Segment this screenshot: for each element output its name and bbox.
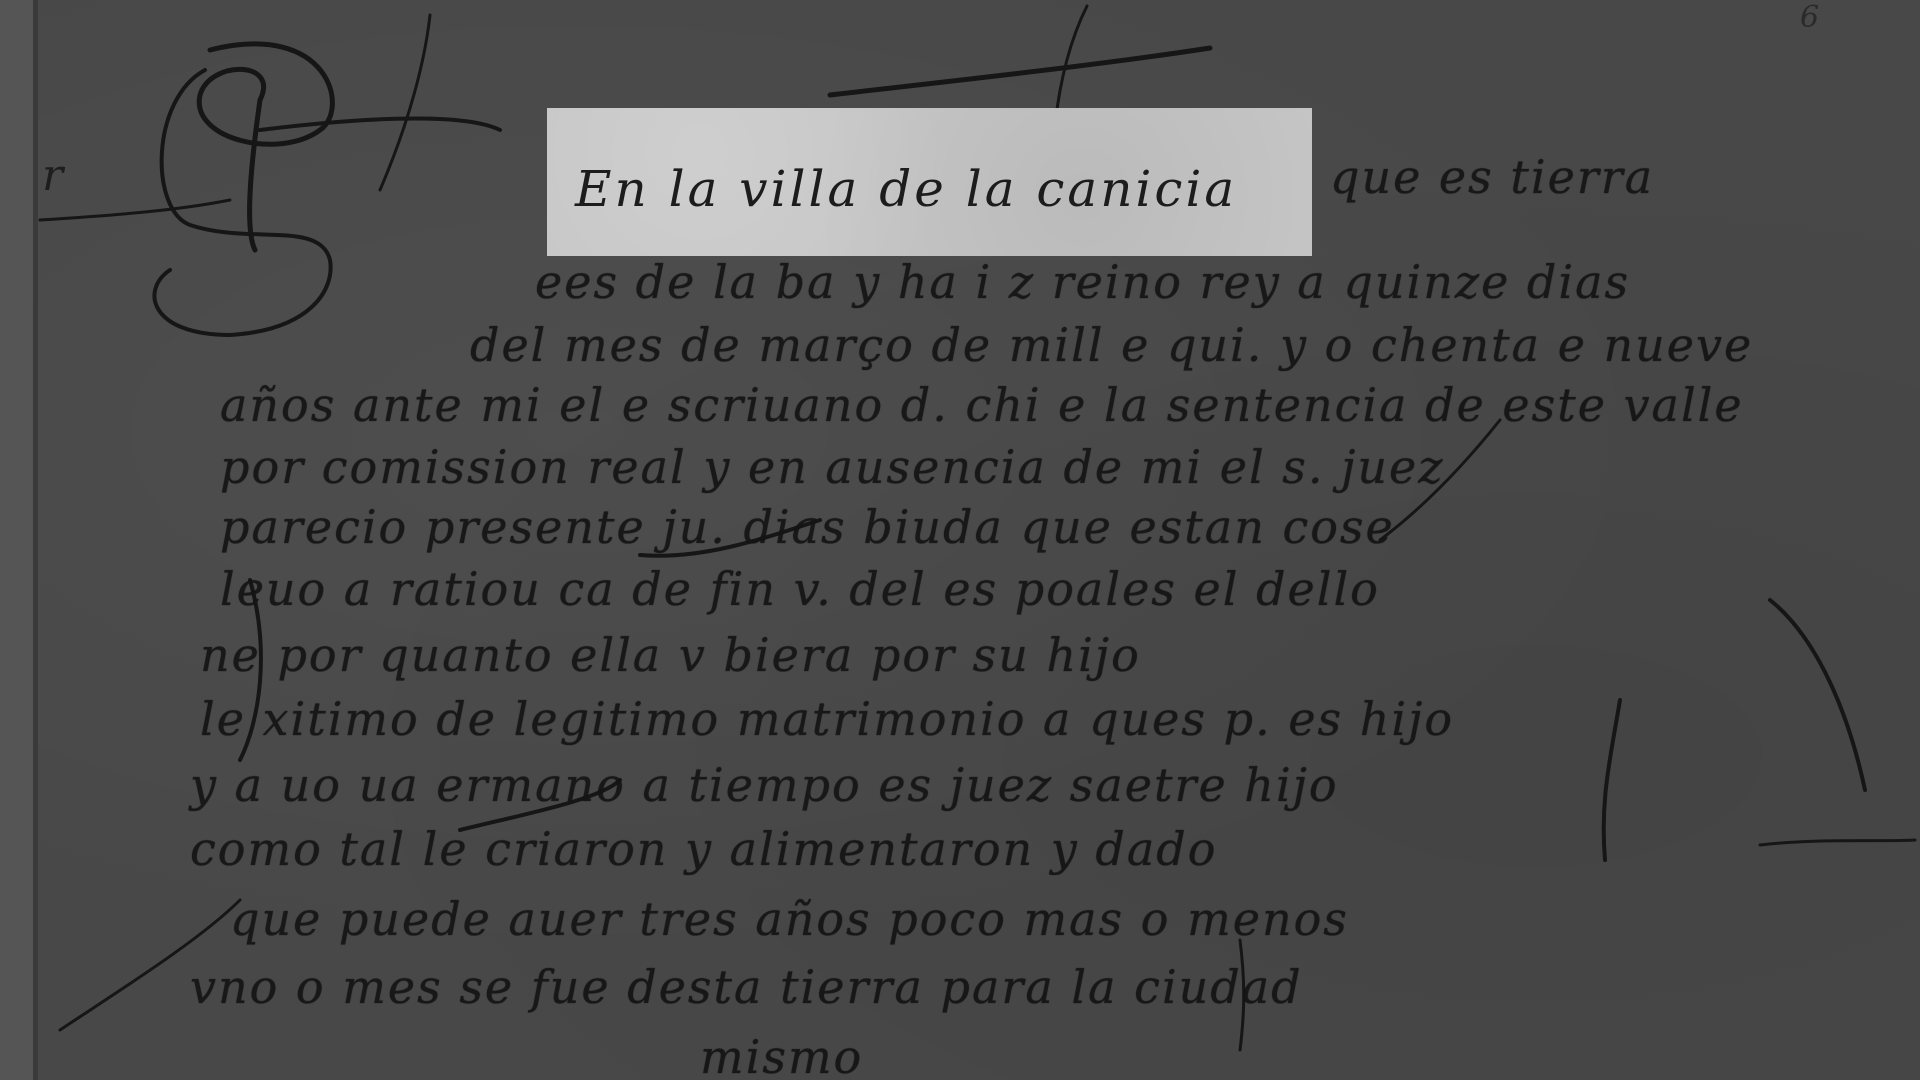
manuscript-line: ne por quanto ella v biera por su hijo xyxy=(200,628,1141,682)
highlighted-text-region[interactable]: En la villa de la canicia xyxy=(547,108,1312,256)
manuscript-line: leuo a ratiou ca de fin v. del es poales… xyxy=(220,562,1380,616)
highlighted-line-text: En la villa de la canicia xyxy=(575,160,1237,218)
manuscript-line: como tal le criaron y alimentaron y dado xyxy=(190,822,1217,876)
manuscript-line: y a uo ua ermano a tiempo es juez saetre… xyxy=(190,758,1339,812)
manuscript-line: parecio presente ju. dias biuda que esta… xyxy=(220,500,1395,554)
folio-number: 6 xyxy=(1800,0,1819,35)
manuscript-line: vno o mes se fue desta tierra para la ci… xyxy=(190,960,1303,1014)
manuscript-line: años ante mi el e scriuano d. chi e la s… xyxy=(220,378,1744,432)
manuscript-line: ees de la ba y ha i z reino rey a quinze… xyxy=(535,255,1630,309)
manuscript-line: por comission real y en ausencia de mi e… xyxy=(220,440,1444,494)
manuscript-line: que puede auer tres años poco mas o meno… xyxy=(230,892,1349,946)
manuscript-line: mismo xyxy=(700,1030,863,1080)
manuscript-page: 6 r que es tierra ees de la ba y ha i z … xyxy=(0,0,1920,1080)
manuscript-line: le xitimo de legitimo matrimonio a ques … xyxy=(200,692,1454,746)
margin-note: r xyxy=(42,150,63,201)
manuscript-line: que es tierra xyxy=(1330,150,1654,204)
manuscript-line: del mes de março de mill e qui. y o chen… xyxy=(470,318,1753,372)
